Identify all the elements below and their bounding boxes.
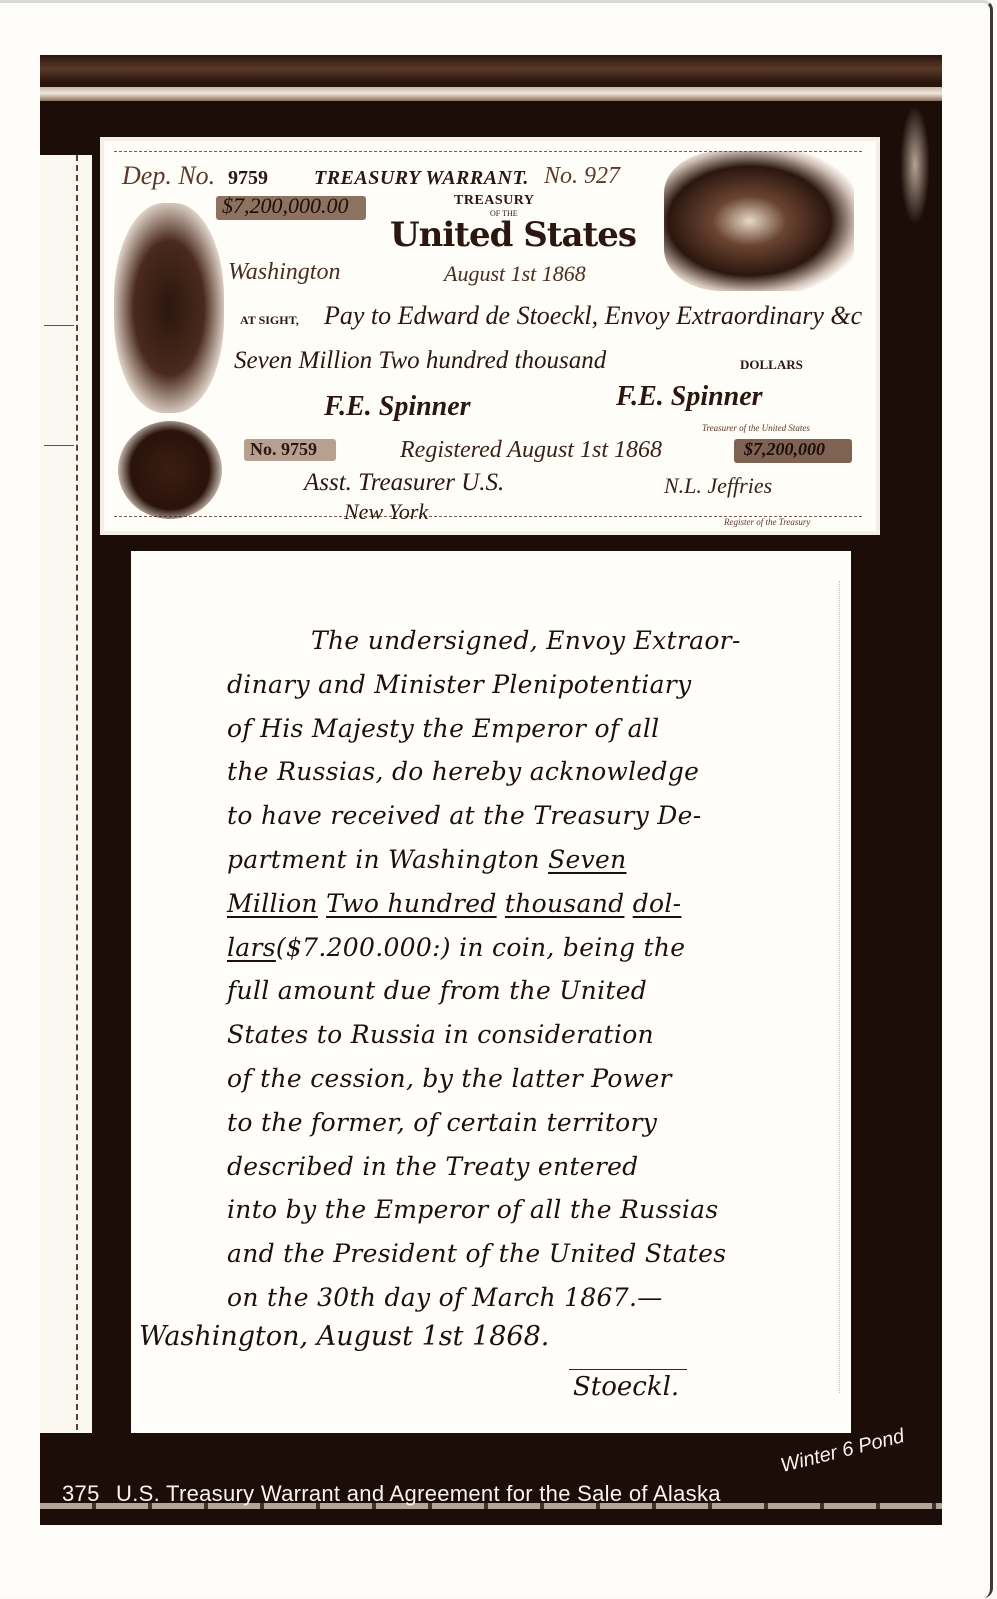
perforated-edge: [76, 155, 80, 1480]
letter-line: the Russias, do hereby acknowledge: [227, 750, 827, 794]
issuer-name: United States: [390, 215, 636, 255]
receipt-letter: The undersigned, Envoy Extraor- dinary a…: [131, 551, 851, 1433]
secretary-signature: F.E. Spinner: [324, 391, 471, 423]
at-sight-label: AT SIGHT,: [240, 313, 299, 328]
letter-line: The undersigned, Envoy Extraor-: [227, 619, 827, 663]
letter-line: lars($7.200.000:) in coin, being the: [227, 926, 827, 970]
underlined-amount: lars: [227, 933, 276, 962]
caption-title: U.S. Treasury Warrant and Agreement for …: [116, 1481, 721, 1506]
payable-city: New York: [344, 499, 428, 525]
letter-line: Million Two hundred thousand dol-: [227, 882, 827, 926]
letter-line: full amount due from the United: [227, 969, 827, 1013]
underlined-amount: dol-: [633, 889, 682, 918]
dollars-label: DOLLARS: [740, 357, 803, 373]
letter-line: States to Russia in consideration: [227, 1013, 827, 1057]
warrant-date: August 1st 1868: [444, 261, 586, 287]
letter-body: The undersigned, Envoy Extraor- dinary a…: [227, 619, 827, 1320]
frame-top-rail: [40, 87, 942, 101]
letter-signature: Stoeckl.: [569, 1369, 687, 1402]
warrant-amount: $7,200,000.00: [222, 193, 349, 219]
caption-number: 375: [62, 1481, 100, 1506]
treasury-label: TREASURY: [454, 193, 535, 209]
ruled-mark: [44, 445, 74, 446]
liberty-figure-icon: [114, 203, 224, 413]
letter-line: and the President of the United States: [227, 1232, 827, 1276]
letter-line: of His Majesty the Emperor of all: [227, 707, 827, 751]
underlined-amount: thousand: [505, 889, 625, 918]
registered-no: No. 9759: [250, 439, 317, 460]
letter-line: dinary and Minister Plenipotentiary: [227, 663, 827, 707]
postcard: Dep. No. 9759 TREASURY WARRANT. No. 927 …: [0, 0, 993, 1598]
treasury-seal-icon: [118, 421, 222, 519]
warrant-number: 9759: [228, 167, 268, 190]
letter-line: to have received at the Treasury De-: [227, 794, 827, 838]
ruled-margin: [839, 581, 841, 1393]
letter-line: on the 30th day of March 1867.—: [227, 1276, 827, 1320]
postcard-caption: 375 U.S. Treasury Warrant and Agreement …: [62, 1481, 721, 1507]
frame-top-band: [40, 55, 942, 89]
letter-line: of the cession, by the latter Power: [227, 1057, 827, 1101]
photograph-frame: Dep. No. 9759 TREASURY WARRANT. No. 927 …: [40, 55, 942, 1525]
letter-line: partment in Washington Seven: [227, 838, 827, 882]
register-signature: N.L. Jeffries: [664, 473, 772, 499]
warrant-place: Washington: [228, 259, 340, 286]
treasurer-label: Treasurer of the United States: [702, 423, 810, 433]
payable-by: Asst. Treasurer U.S.: [304, 469, 504, 497]
left-paper-edge: [40, 155, 92, 1480]
underlined-amount: Two hundred: [326, 889, 497, 918]
warrant-amount-2: $7,200,000: [744, 439, 825, 460]
letter-line: described in the Treaty entered: [227, 1145, 827, 1189]
letter-text: partment in Washington: [227, 845, 540, 874]
frame-glare: [900, 105, 930, 225]
letter-line: to the former, of certain territory: [227, 1101, 827, 1145]
warrant-title: TREASURY WARRANT.: [314, 167, 529, 190]
allegorical-scene-icon: [664, 151, 854, 291]
underlined-amount: Seven: [548, 845, 626, 874]
letter-text: ($7.200.000:) in coin, being the: [276, 933, 686, 962]
letter-line: into by the Emperor of all the Russias: [227, 1188, 827, 1232]
register-label: Register of the Treasury: [724, 517, 810, 527]
warrant-payee: Pay to Edward de Stoeckl, Envoy Extraord…: [324, 301, 862, 331]
registered-date: Registered August 1st 1868: [400, 437, 662, 464]
ruled-mark: [44, 325, 74, 326]
treasury-warrant: Dep. No. 9759 TREASURY WARRANT. No. 927 …: [100, 137, 880, 535]
underlined-amount: Million: [227, 889, 318, 918]
amount-in-words: Seven Million Two hundred thousand: [234, 347, 606, 375]
treasurer-signature: F.E. Spinner: [616, 381, 763, 413]
letter-place-date: Washington, August 1st 1868.: [139, 1321, 549, 1352]
warrant-dep-no: Dep. No.: [122, 161, 215, 191]
warrant-secondary-no: No. 927: [544, 163, 620, 190]
caption-band: [40, 1433, 942, 1525]
